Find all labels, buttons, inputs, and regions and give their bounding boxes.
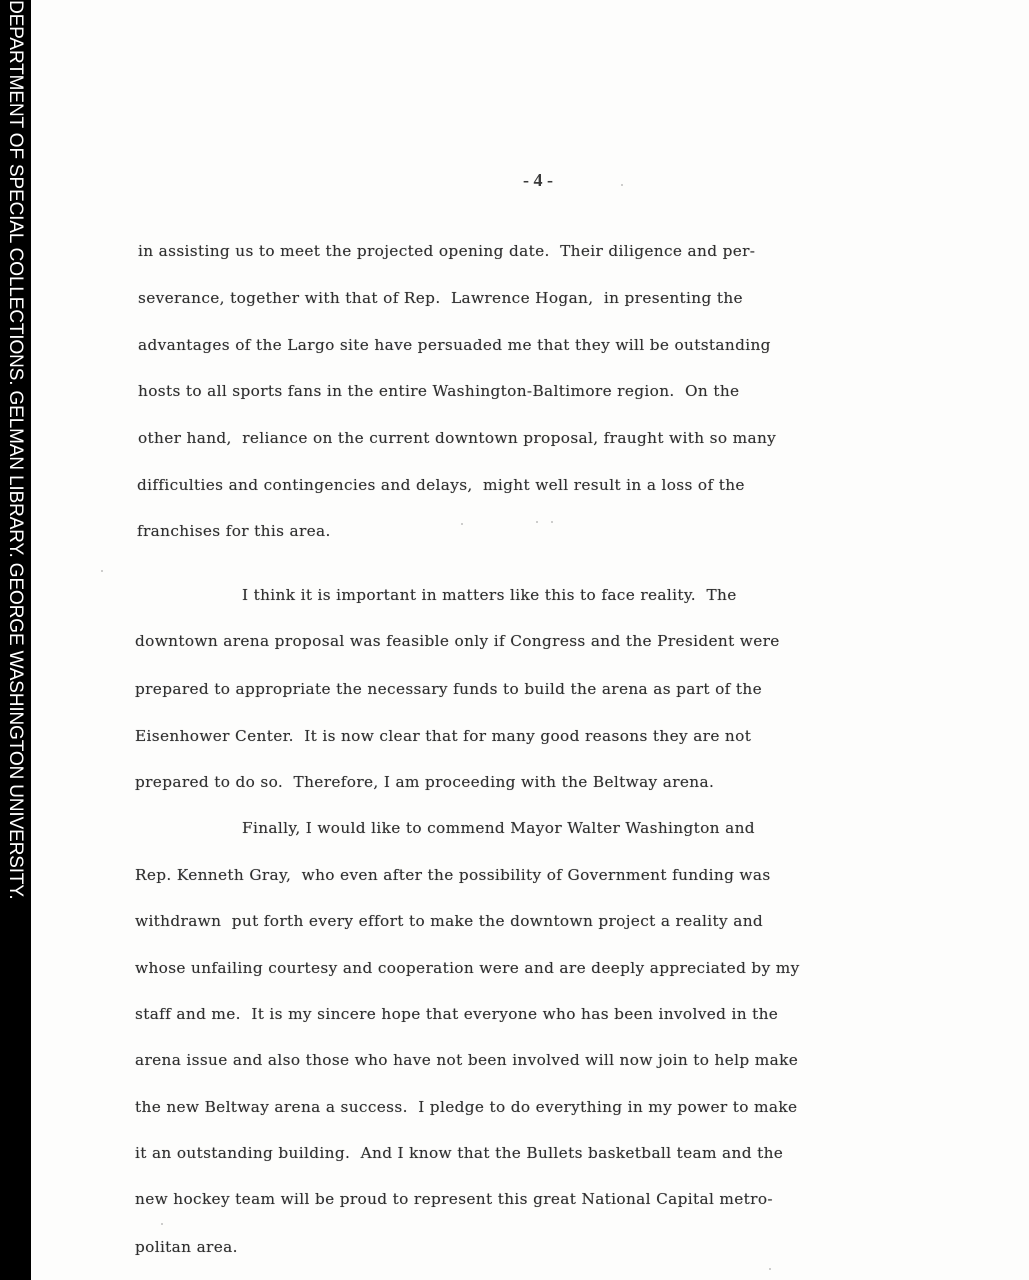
scan-speck [101,570,103,572]
text-line: arena issue and also those who have not … [135,1050,798,1070]
text-line: Finally, I would like to commend Mayor W… [242,818,755,838]
text-line: the new Beltway arena a success. I pledg… [135,1097,797,1117]
text-line: politan area. [135,1237,238,1257]
text-line: withdrawn put forth every effort to make… [135,911,763,931]
archive-watermark-text: DEPARTMENT OF SPECIAL COLLECTIONS. GELMA… [0,0,31,899]
scan-speck [621,184,623,186]
text-line: franchises for this area. [137,521,331,541]
scan-speck [551,521,553,523]
text-line: I think it is important in matters like … [242,585,737,605]
text-line: staff and me. It is my sincere hope that… [135,1004,778,1024]
page-number: - 4 - [523,170,553,191]
text-line: prepared to appropriate the necessary fu… [135,679,762,699]
text-line: it an outstanding building. And I know t… [135,1143,783,1163]
document-page: - 4 - in assisting us to meet the projec… [31,0,1029,1280]
archive-watermark-strip: DEPARTMENT OF SPECIAL COLLECTIONS. GELMA… [0,0,31,1280]
text-line: new hockey team will be proud to represe… [135,1189,773,1209]
text-line: advantages of the Largo site have persua… [138,335,771,355]
text-line: downtown arena proposal was feasible onl… [135,631,780,651]
text-line: difficulties and contingencies and delay… [137,475,745,495]
text-line: whose unfailing courtesy and cooperation… [135,958,800,978]
text-line: hosts to all sports fans in the entire W… [138,381,739,401]
text-line: in assisting us to meet the projected op… [138,241,755,261]
scan-speck [536,521,538,523]
scan-speck [769,1268,771,1270]
text-line: Eisenhower Center. It is now clear that … [135,726,751,746]
scan-speck [161,1223,163,1225]
text-line: prepared to do so. Therefore, I am proce… [135,772,714,792]
scan-speck [461,523,463,525]
text-line: Rep. Kenneth Gray, who even after the po… [135,865,771,885]
text-line: severance, together with that of Rep. La… [138,288,743,308]
text-line: other hand, reliance on the current down… [138,428,776,448]
